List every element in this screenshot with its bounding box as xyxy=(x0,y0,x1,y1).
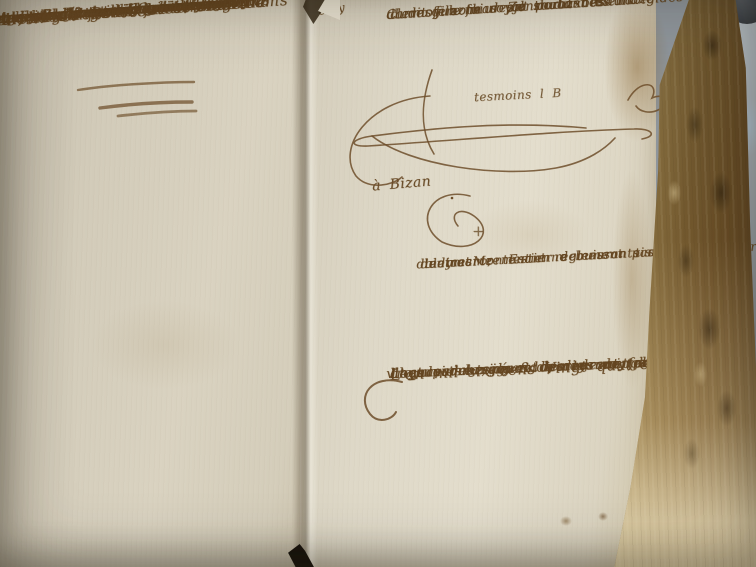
paper-texture xyxy=(0,0,308,567)
manuscript-photo: riage passé entre les mariez boulle tull… xyxy=(0,0,756,567)
book-gutter xyxy=(292,0,318,567)
manuscript-line: bleymar ; xyxy=(424,252,493,278)
right-page xyxy=(300,0,656,567)
cross-mark: + xyxy=(472,222,485,240)
left-page xyxy=(0,0,308,567)
paper-texture xyxy=(300,0,656,567)
